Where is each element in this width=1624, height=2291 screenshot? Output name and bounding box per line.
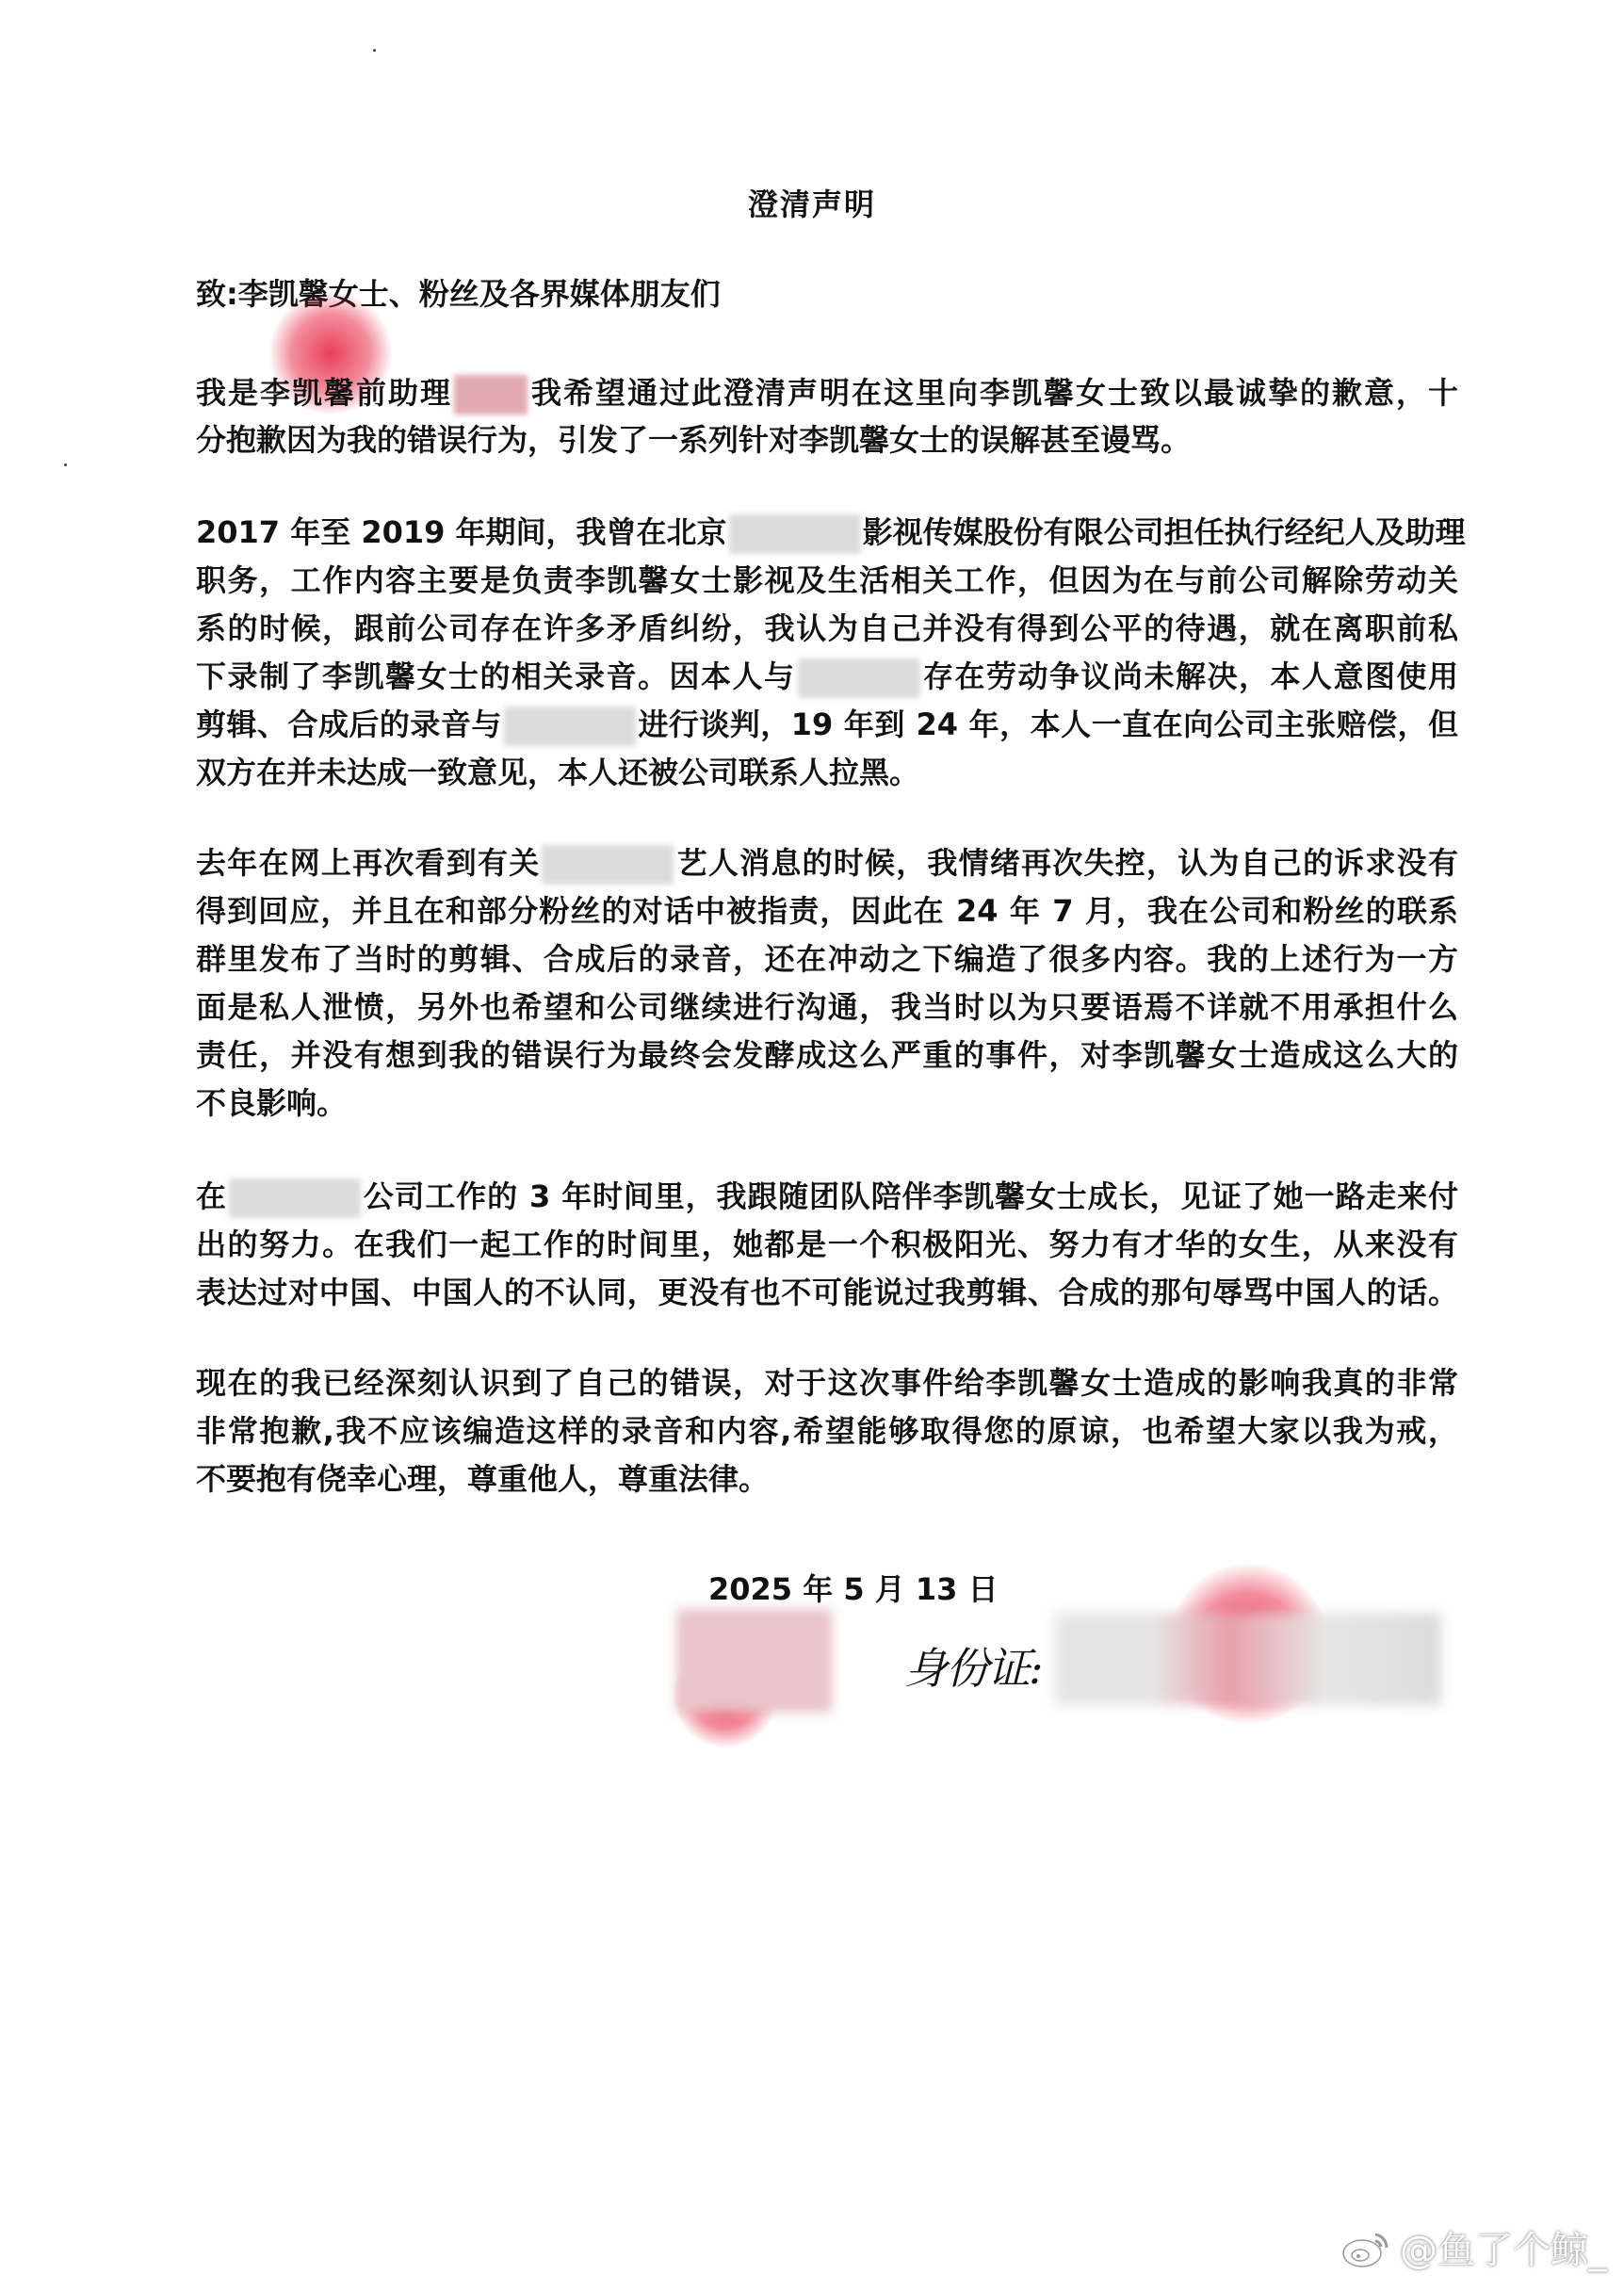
paragraph-1-line-1: 我是李凯馨前助理我希望通过此澄清声明在这里向李凯馨女士致以最诚挚的歉意，十	[196, 374, 1458, 412]
paragraph-5-line-2: 非常抱歉,我不应该编造这样的录音和内容,希望能够取得您的原谅，也希望大家以我为戒…	[196, 1412, 1458, 1450]
paragraph-2-line-6: 双方在并未达成一致意见，本人还被公司联系人拉黑。	[196, 754, 1458, 791]
paragraph-5-line-3: 不要抱有侥幸心理，尊重他人，尊重法律。	[196, 1460, 1458, 1498]
weibo-icon	[1341, 2227, 1392, 2268]
redacted-company	[798, 658, 920, 698]
text-segment: 下录制了李凯馨女士的相关录音。因本人与	[196, 658, 796, 694]
paragraph-4-line-3: 表达过对中国、中国人的不认同，更没有也不可能说过我剪辑、合成的那句辱骂中国人的话…	[196, 1274, 1458, 1311]
document-page: 澄清声明 致:李凯馨女士、粉丝及各界媒体朋友们 我是李凯馨前助理我希望通过此澄清…	[0, 0, 1624, 2291]
paragraph-5-line-1: 现在的我已经深刻认识到了自己的错误，对于这次事件给李凯馨女士造成的影响我真的非常	[196, 1364, 1458, 1402]
paragraph-4-line-1: 在公司工作的 3 年时间里，我跟随团队陪伴李凯馨女士成长，见证了她一路走来付	[196, 1178, 1458, 1215]
text-segment: 我是李凯馨前助理	[196, 375, 452, 411]
paragraph-3-line-6: 不良影响。	[196, 1084, 1458, 1122]
paragraph-2-line-4: 下录制了李凯馨女士的相关录音。因本人与存在劳动争议尚未解决，本人意图使用	[196, 658, 1458, 695]
redacted-company	[504, 707, 636, 746]
id-card-label: 身份证:	[904, 1634, 1042, 1697]
scan-speck	[64, 463, 67, 466]
text-segment: 去年在网上再次看到有关	[196, 845, 540, 881]
redacted-company	[229, 1178, 361, 1218]
redacted-company	[542, 845, 674, 885]
text-segment: 剪辑、合成后的录音与	[196, 707, 502, 742]
document-title: 澄清声明	[0, 181, 1624, 224]
paragraph-3-line-5: 责任，并没有想到我的错误行为最终会发酵成这么严重的事件，对李凯馨女士造成这么大的	[196, 1036, 1458, 1074]
paragraph-2-line-3: 系的时候，跟前公司存在许多矛盾纠纷，我认为自己并没有得到公平的待遇，就在离职前私	[196, 609, 1458, 647]
signature-date: 2025 年 5 月 13 日	[708, 1566, 999, 1609]
text-segment: 进行谈判，19 年到 24 年，本人一直在向公司主张赔偿，但	[638, 707, 1458, 742]
paragraph-1-line-2: 分抱歉因为我的错误行为，引发了一系列针对李凯馨女士的误解甚至谩骂。	[196, 421, 1458, 459]
paragraph-4-line-2: 出的努力。在我们一起工作的时间里，她都是一个积极阳光、努力有才华的女生，从来没有	[196, 1226, 1458, 1263]
redacted-id-number	[1055, 1613, 1441, 1705]
paragraph-2-line-5: 剪辑、合成后的录音与进行谈判，19 年到 24 年，本人一直在向公司主张赔偿，但	[196, 706, 1458, 743]
text-segment: 公司工作的 3 年时间里，我跟随团队陪伴李凯馨女士成长，见证了她一路走来付	[363, 1178, 1458, 1214]
paragraph-3-line-3: 群里发布了当时的剪辑、合成后的录音，还在冲动之下编造了很多内容。我的上述行为一方	[196, 940, 1458, 978]
text-segment: 存在劳动争议尚未解决，本人意图使用	[922, 658, 1459, 694]
text-segment: 影视传媒股份有限公司担任执行经纪人及助理	[863, 514, 1466, 550]
scan-speck	[373, 49, 376, 52]
weibo-watermark: @鱼了个鲸_	[1341, 2220, 1607, 2274]
redacted-company	[729, 514, 861, 554]
text-segment: 我希望通过此澄清声明在这里向李凯馨女士致以最诚挚的歉意，十	[529, 375, 1458, 411]
paragraph-2-line-1: 2017 年至 2019 年期间，我曾在北京影视传媒股份有限公司担任执行经纪人及…	[196, 513, 1458, 551]
text-segment: 艺人消息的时候，我情绪再次失控，认为自己的诉求没有	[675, 845, 1458, 881]
paragraph-3-line-4: 面是私人泄愤，另外也希望和公司继续进行沟通，我当时以为只要语焉不详就不用承担什么	[196, 988, 1458, 1026]
watermark-handle: @鱼了个鲸_	[1400, 2220, 1607, 2274]
text-segment: 2017 年至 2019 年期间，我曾在北京	[196, 514, 727, 550]
redacted-signature-name	[676, 1609, 832, 1713]
salutation: 致:李凯馨女士、粉丝及各界媒体朋友们	[196, 275, 1458, 313]
text-segment: 在	[196, 1178, 227, 1214]
paragraph-3-line-1: 去年在网上再次看到有关艺人消息的时候，我情绪再次失控，认为自己的诉求没有	[196, 844, 1458, 882]
redacted-name	[454, 375, 528, 414]
paragraph-2-line-2: 职务，工作内容主要是负责李凯馨女士影视及生活相关工作，但因为在与前公司解除劳动关	[196, 561, 1458, 599]
paragraph-3-line-2: 得到回应，并且在和部分粉丝的对话中被指责，因此在 24 年 7 月，我在公司和粉…	[196, 892, 1458, 930]
